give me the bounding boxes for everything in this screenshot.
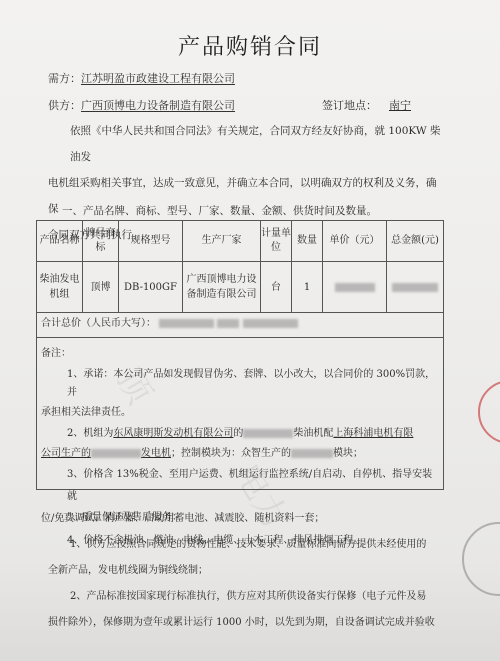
redacted-value bbox=[335, 283, 375, 292]
seller-line: 供方：广西顶博电力设备制造有限公司 bbox=[48, 97, 255, 113]
red-seal-stamp bbox=[478, 380, 500, 444]
note-text: 柴油机配 bbox=[293, 428, 333, 439]
col-unit: 计量单位 bbox=[261, 221, 292, 262]
redacted-value bbox=[291, 449, 333, 458]
seller-label: 供方： bbox=[48, 99, 81, 112]
note-line: 承担相关法律责任。 bbox=[41, 402, 439, 424]
product-table: 产品名称 牌号商标 规格型号 生产厂家 计量单位 数量 单价（元） 总金额(元)… bbox=[36, 220, 444, 313]
cell-unit-price bbox=[323, 262, 387, 313]
redacted-value bbox=[91, 449, 141, 458]
table-header-row: 产品名称 牌号商标 规格型号 生产厂家 计量单位 数量 单价（元） 总金额(元) bbox=[37, 221, 444, 262]
note-line: 2、机组为东风康明斯发动机有限公司的柴油机配上海科浦电机有限 bbox=[41, 424, 439, 444]
col-total: 总金额(元) bbox=[387, 221, 444, 262]
generator-maker: 公司生产的 bbox=[41, 448, 91, 459]
cell-brand: 顶博 bbox=[83, 262, 119, 313]
cell-model: DB-100GF bbox=[119, 262, 183, 313]
document-title: 产品购销合同 bbox=[0, 30, 500, 61]
cell-total bbox=[387, 262, 444, 313]
place-value: 南宁 bbox=[377, 99, 423, 112]
buyer-label: 需方： bbox=[48, 72, 81, 85]
cell-manufacturer: 广西顶博电力设备制造有限公司 bbox=[183, 262, 261, 313]
note-line: 公司生产的发电机；控制模块为：众智生产的模块； bbox=[41, 444, 439, 464]
note-line: 3、价格含 13%税金、至用户运费、机组运行监控系统/自启动、自停机、指导安装就 bbox=[41, 464, 439, 508]
col-unit-price: 单价（元） bbox=[323, 221, 387, 262]
buyer-line: 需方：江苏明盈市政建设工程有限公司 bbox=[48, 70, 255, 86]
contract-page: 顶 电力 产品购销合同 需方：江苏明盈市政建设工程有限公司 供方：广西顶博电力设… bbox=[0, 0, 500, 661]
total-label: 合计总价（人民币大写）： bbox=[41, 318, 156, 329]
place-label: 签订地点： bbox=[322, 99, 377, 112]
cell-quantity: 1 bbox=[292, 262, 323, 313]
note-text: 2、机组为 bbox=[67, 428, 113, 439]
quality-line: 2、产品标准按国家现行标准执行，供方应对其所供设备实行保修（电子元件及易 bbox=[48, 584, 446, 610]
col-manufacturer: 生产厂家 bbox=[183, 221, 261, 262]
buyer-name: 江苏明盈市政建设工程有限公司 bbox=[81, 72, 255, 85]
intro-line: 依照《中华人民共和国合同法》有关规定，合同双方经友好协商，就 100KW 柴油发 bbox=[48, 118, 446, 170]
seller-name: 广西顶博电力设备制造有限公司 bbox=[81, 99, 255, 112]
cell-product: 柴油发电机组 bbox=[37, 262, 83, 313]
note-text: 模块； bbox=[333, 448, 363, 459]
col-brand: 牌号商标 bbox=[83, 221, 119, 262]
quality-paragraph: 1、供方应按照合同规定的货物性能、技术要求、质量标准向需方提供未经使用的 全新产… bbox=[48, 532, 446, 636]
gray-seal-stamp bbox=[462, 522, 500, 596]
quality-line: 1、供方应按照合同规定的货物性能、技术要求、质量标准向需方提供未经使用的 bbox=[48, 532, 446, 558]
redacted-value bbox=[217, 319, 239, 328]
table-row: 柴油发电机组 顶博 DB-100GF 广西顶博电力设备制造有限公司 台 1 bbox=[37, 262, 444, 313]
notes-box: 合计总价（人民币大写）： 备注： 1、承诺：本公司产品如发现假冒伪劣、套牌、以小… bbox=[36, 311, 444, 490]
redacted-value bbox=[392, 283, 438, 292]
redacted-value bbox=[243, 429, 293, 438]
section-2-heading: 二、质量保证及售后服务： bbox=[62, 508, 182, 523]
section-1-heading: 一、产品名牌、商标、型号、厂家、数量、金额、供货时间及数量。 bbox=[62, 203, 377, 218]
cell-unit: 台 bbox=[261, 262, 292, 313]
note-line: 1、承诺：本公司产品如发现假冒伪劣、套牌、以小改大，以合同价的 300%罚款，并 bbox=[41, 366, 439, 402]
quality-line: 损件除外），保修期为壹年或累计运行 1000 小时，以先到为期，自设备调试完成并… bbox=[48, 610, 446, 636]
note-text: ；控制模块为：众智生产的 bbox=[171, 448, 291, 459]
engine-maker: 东风康明斯发动机有限公司 bbox=[113, 428, 233, 439]
signing-place: 签订地点：南宁 bbox=[322, 97, 423, 113]
note-text: 发电机 bbox=[141, 448, 171, 459]
generator-maker: 上海科浦电机有限 bbox=[333, 428, 413, 439]
col-quantity: 数量 bbox=[292, 221, 323, 262]
quality-line: 全新产品，发电机线圈为铜线绕制； bbox=[48, 558, 446, 584]
col-product: 产品名称 bbox=[37, 221, 83, 262]
redacted-value bbox=[243, 319, 298, 328]
col-model: 规格型号 bbox=[119, 221, 183, 262]
redacted-value bbox=[159, 319, 214, 328]
note-text: 的 bbox=[233, 428, 243, 439]
total-price-row: 合计总价（人民币大写）： bbox=[37, 311, 443, 338]
notes-label: 备注： bbox=[41, 342, 439, 366]
